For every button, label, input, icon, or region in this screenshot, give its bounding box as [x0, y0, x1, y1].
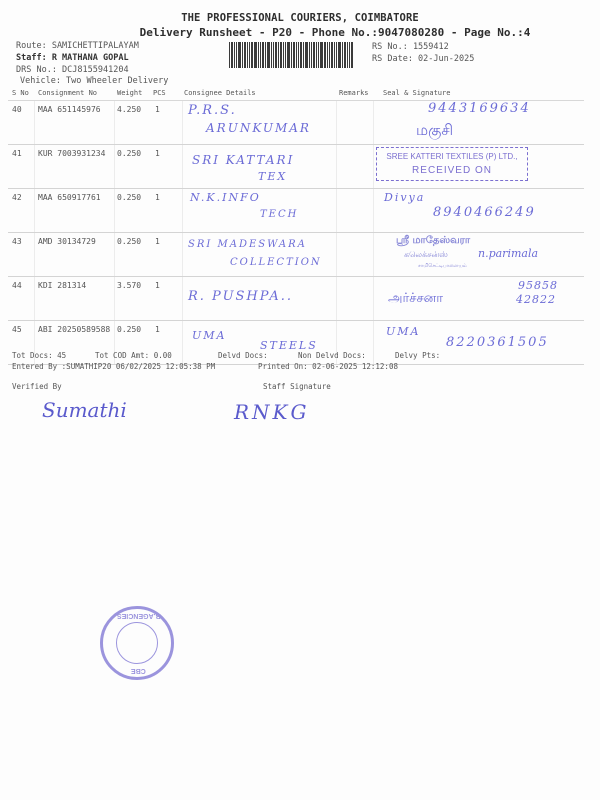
delivery-runsheet-page: THE PROFESSIONAL COURIERS, COIMBATORE De…	[0, 0, 600, 800]
pcs: 1	[155, 193, 160, 202]
consignee-handwriting: SRI MADESWARA	[188, 239, 307, 250]
consignee-handwriting: P.R.S.	[188, 103, 237, 118]
verified-by-signature: Sumathi	[42, 398, 127, 422]
col-weight: Weight	[117, 89, 142, 97]
entered-by: Entered By :SUMATHIP20 06/02/2025 12:05:…	[12, 362, 215, 371]
table-row: 41 KUR 7003931234 0.250 1 SRI KATTARI TE…	[8, 145, 584, 189]
seal-stamp-text: கலெக்சன்ஸ்	[404, 250, 448, 260]
total-docs: Tot Docs: 45	[12, 351, 66, 360]
pcs: 1	[155, 237, 160, 246]
consignment-no: KDI 281314	[38, 281, 86, 290]
signature-phone: 95858	[518, 279, 558, 292]
company-seal-stamp: SREE KATTERI TEXTILES (P) LTD., RECEIVED…	[376, 147, 528, 181]
table-header: S No Consignment No Weight PCS Consignee…	[8, 87, 584, 101]
stamp-text: SREE KATTERI TEXTILES (P) LTD.,	[380, 150, 524, 164]
route-label: Route: SAMICHETTIPALAYAM	[16, 41, 139, 51]
col-pcs: PCS	[153, 89, 166, 97]
stamp-text: RECEIVED ON	[380, 164, 524, 178]
sno: 45	[12, 325, 22, 334]
consignee-handwriting: UMA	[192, 329, 226, 342]
weight: 0.250	[117, 193, 141, 202]
weight: 0.250	[117, 237, 141, 246]
weight: 3.570	[117, 281, 141, 290]
runsheet-subtitle: Delivery Runsheet - P20 - Phone No.:9047…	[0, 26, 600, 39]
pcs: 1	[155, 281, 160, 290]
consignee-handwriting: TEX	[258, 170, 287, 183]
staff-label: Staff: R MATHANA GOPAL	[16, 53, 129, 63]
table-row: 42 MAA 650917761 0.250 1 N.K.INFO TECH D…	[8, 189, 584, 233]
non-delivered-docs: Non Delvd Docs:	[298, 351, 366, 360]
weight: 4.250	[117, 105, 141, 114]
pcs: 1	[155, 325, 160, 334]
stamp-text: B.AGENCIES	[117, 612, 161, 619]
consignee-handwriting: N.K.INFO	[190, 191, 261, 204]
signature-phone: 8940466249	[433, 205, 536, 220]
company-title: THE PROFESSIONAL COURIERS, COIMBATORE	[0, 12, 600, 24]
rs-number: RS No.: 1559412	[372, 42, 449, 52]
consignment-no: MAA 651145976	[38, 105, 101, 114]
pcs: 1	[155, 105, 160, 114]
table-row: 44 KDI 281314 3.570 1 R. PUSHPA.. அர்ச்ச…	[8, 277, 584, 321]
sno: 44	[12, 281, 22, 290]
consignee-handwriting: ARUNKUMAR	[206, 121, 311, 135]
seal-stamp-text: சாமிசெட்டிபாளையம்	[418, 263, 467, 269]
col-consignee-details: Consignee Details	[184, 89, 256, 97]
consignment-no: MAA 650917761	[38, 193, 101, 202]
delivery-points: Delvy Pts:	[395, 351, 440, 360]
consignment-no: KUR 7003931234	[38, 149, 105, 158]
printed-on: Printed On: 02-06-2025 12:12:08	[258, 362, 398, 371]
signature-handwriting: மகுசி	[416, 121, 453, 141]
barcode	[229, 42, 365, 68]
staff-signature-label: Staff Signature	[263, 382, 331, 391]
sno: 42	[12, 193, 22, 202]
signature-handwriting: அர்ச்சனா	[388, 291, 443, 307]
col-sno: S No	[12, 89, 29, 97]
consignee-handwriting: R. PUSHPA..	[188, 289, 293, 304]
signature-handwriting: n.parimala	[478, 247, 538, 260]
vehicle-label: Vehicle: Two Wheeler Delivery	[20, 76, 168, 86]
col-consignment-no: Consignment No	[38, 89, 97, 97]
total-cod-amount: Tot COD Amt: 0.00	[95, 351, 172, 360]
weight: 0.250	[117, 149, 141, 158]
consignee-handwriting: COLLECTION	[230, 257, 322, 268]
table-row: 40 MAA 651145976 4.250 1 P.R.S. ARUNKUMA…	[8, 101, 584, 145]
signature-phone: 42822	[516, 293, 556, 306]
col-seal-signature: Seal & Signature	[383, 89, 450, 97]
staff-signature: RNKG	[234, 400, 309, 424]
stamp-text: CBE	[131, 667, 146, 674]
verified-by-label: Verified By	[12, 382, 62, 391]
col-remarks: Remarks	[339, 89, 369, 97]
consignment-no: AMD 30134729	[38, 237, 96, 246]
delivered-docs: Delvd Docs:	[218, 351, 268, 360]
seal-stamp-text: ஸ்ரீ மாதேஸ்வரா	[396, 235, 470, 247]
drs-number: DRS No.: DCJ8155941204	[16, 65, 129, 75]
sno: 43	[12, 237, 22, 246]
rs-date: RS Date: 02-Jun-2025	[372, 54, 474, 64]
weight: 0.250	[117, 325, 141, 334]
consignee-handwriting: TECH	[260, 209, 298, 220]
signature-handwriting: UMA	[386, 325, 420, 338]
consignment-no: ABI 20250589588	[38, 325, 110, 334]
signature-phone: 9443169634	[428, 101, 531, 116]
agency-round-stamp: B.AGENCIES CBE	[100, 606, 174, 680]
signature-handwriting: Divya	[384, 191, 425, 204]
consignee-handwriting: SRI KATTARI	[192, 153, 294, 167]
sno: 41	[12, 149, 22, 158]
sno: 40	[12, 105, 22, 114]
signature-phone: 8220361505	[446, 335, 549, 350]
pcs: 1	[155, 149, 160, 158]
table-row: 43 AMD 30134729 0.250 1 SRI MADESWARA CO…	[8, 233, 584, 277]
runsheet-table: S No Consignment No Weight PCS Consignee…	[8, 87, 584, 365]
